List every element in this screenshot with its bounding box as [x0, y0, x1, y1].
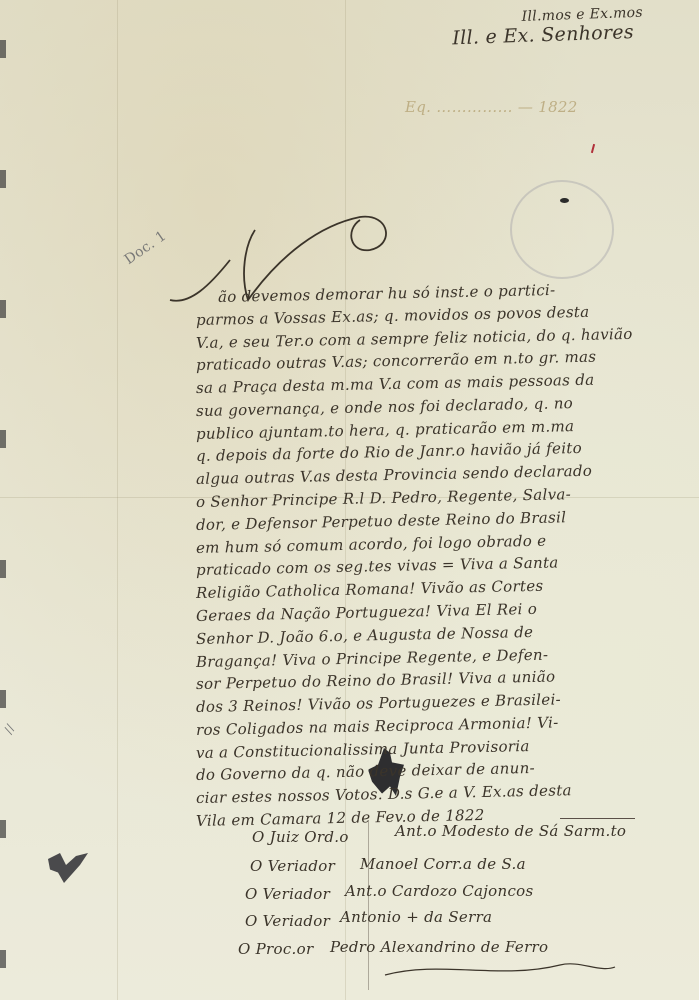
body-line: sa a Praça desta m.ma V.a com as mais pe…	[196, 371, 595, 397]
body-line: Geraes da Nação Portugueza! Viva El Rei …	[196, 600, 537, 625]
salutation-line-2: Ill. e Ex. Senhores	[452, 21, 644, 50]
date-underline	[560, 818, 635, 819]
body-line: sua governança, e onde nos foi declarado…	[196, 394, 573, 420]
signature-role: O Proc.or	[238, 940, 313, 958]
signature-name: Ant.o Cardozo Cajoncos	[345, 882, 534, 900]
body-line: Religião Catholica Romana! Vivão as Cort…	[196, 577, 544, 602]
paper-fold-line	[117, 0, 118, 1000]
body-line: dor, e Defensor Perpetuo deste Reino do …	[196, 508, 567, 534]
body-line: sor Perpetuo do Reino do Brasil! Viva a …	[196, 667, 556, 693]
signature-name: Antonio + da Serra	[340, 908, 492, 926]
signature-role: O Veriador	[250, 857, 335, 875]
signature-role: O Veriador	[245, 885, 330, 903]
signature-role: O Juiz Ord.o	[252, 828, 349, 846]
archive-stamp	[510, 180, 614, 279]
body-line: o Senhor Principe R.l D. Pedro, Regente,…	[196, 485, 571, 511]
body-line: algua outras V.as desta Provincia sendo …	[196, 462, 592, 488]
archival-date-note: Eq. …………… — 1822	[405, 98, 578, 116]
signature-flourish	[380, 955, 620, 985]
body-line: Bragança! Viva o Principe Regente, e Def…	[196, 646, 549, 671]
body-line: ros Coligados na mais Reciproca Armonia!…	[196, 713, 559, 739]
ruled-line	[368, 820, 369, 990]
manuscript-page: Ill.mos e Ex.mos Ill. e Ex. Senhores Eq.…	[0, 0, 699, 1000]
body-line: publico ajuntam.to hera, q. praticarão e…	[196, 417, 575, 443]
red-ink-mark	[591, 144, 595, 153]
body-line: ciar estes nossos Votos. D.s G.e a V. Ex…	[196, 781, 572, 807]
body-line: Senhor D. João 6.o, e Augusta de Nossa d…	[196, 623, 534, 648]
body-line: va a Constitucionalissima Junta Provisor…	[196, 737, 530, 762]
body-line: em hum só comum acordo, foi logo obrado …	[196, 532, 547, 557]
salutation: Ill.mos e Ex.mos Ill. e Ex. Senhores	[451, 5, 643, 50]
body-line: q. depois da forte do Rio de Janr.o havi…	[196, 439, 582, 465]
body-line: praticado com os seg.tes vivas = Viva a …	[196, 553, 559, 579]
paper-damage	[48, 853, 88, 883]
body-line: dos 3 Reinos! Vivão os Portuguezes e Bra…	[196, 690, 561, 716]
signature-name: Manoel Corr.a de S.a	[360, 855, 526, 873]
paper-hole	[560, 198, 569, 203]
body-line: praticado outras V.as; concorrerão em n.…	[196, 348, 597, 374]
signature-role: O Veriador	[245, 912, 330, 930]
body-line: do Governo da q. não deve deixar de anun…	[196, 759, 535, 784]
signature-name: Pedro Alexandrino de Ferro	[330, 938, 548, 956]
torn-left-edge	[0, 0, 6, 1000]
